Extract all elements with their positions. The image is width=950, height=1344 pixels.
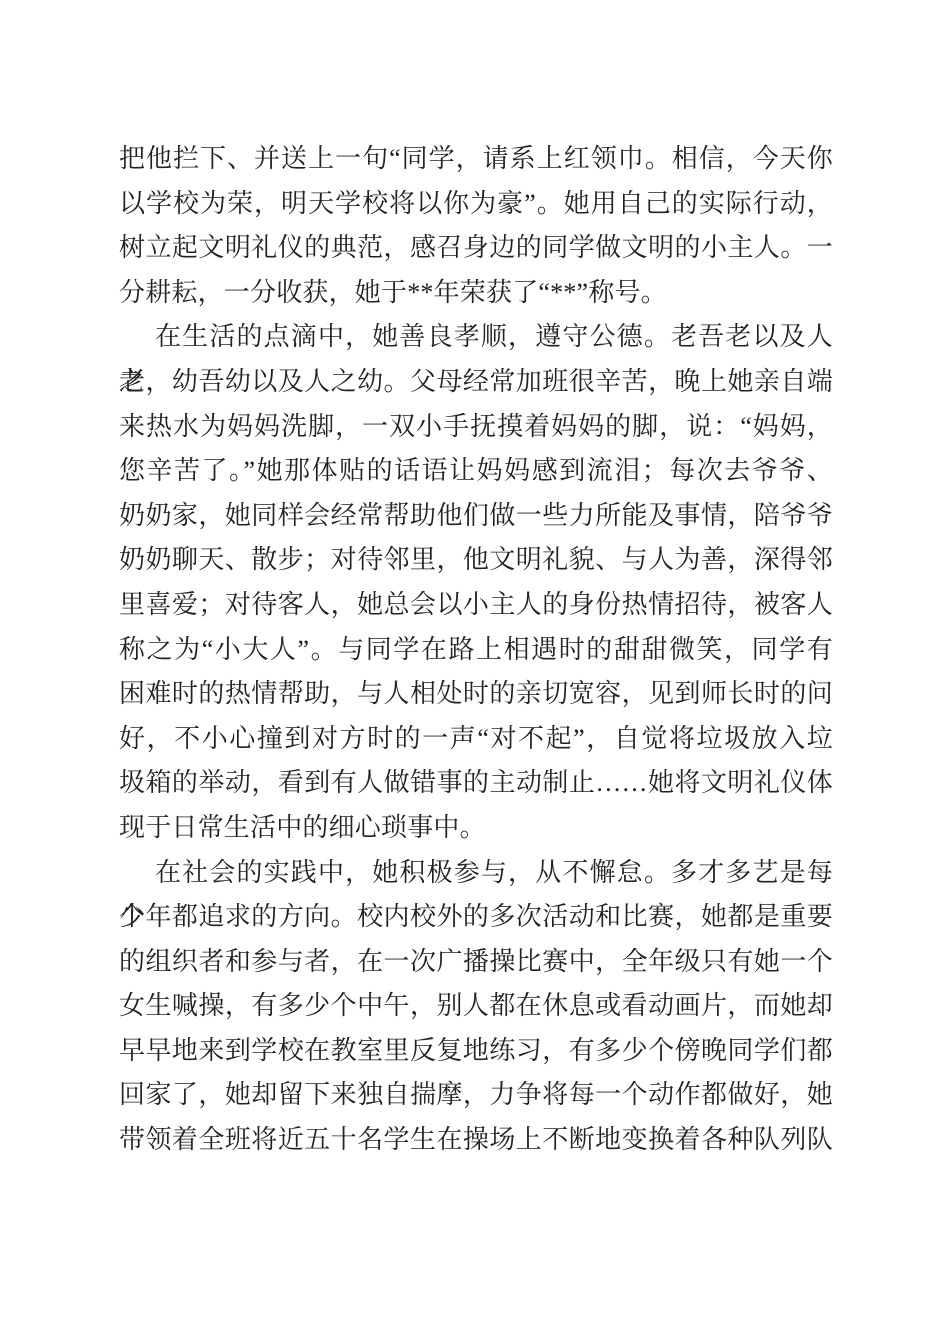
document-page: { "page": { "background_color": "#ffffff… bbox=[0, 0, 950, 1344]
text-line: 分耕耘，一分收获，她于**年荣获了“**”称号。 bbox=[119, 271, 833, 316]
text-line: 早早地来到学校在教室里反复地练习，有多少个傍晚同学们都 bbox=[119, 1029, 833, 1074]
text-line: 回家了，她却留下来独自揣摩，力争将每一个动作都做好，她 bbox=[119, 1073, 833, 1118]
paragraph-1: 把他拦下、并送上一句“同学，请系上红领巾。相信，今天你 以学校为荣，明天学校将以… bbox=[119, 137, 833, 315]
text-line: 在生活的点滴中，她善良孝顺，遵守公德。老吾老以及人之 bbox=[119, 315, 833, 360]
text-line: 来热水为妈妈洗脚，一双小手抚摸着妈妈的脚，说：“妈妈， bbox=[119, 405, 833, 450]
text-line: 好，不小心撞到对方时的一声“对不起”，自觉将垃圾放入垃 bbox=[119, 717, 833, 762]
text-line: 圾箱的举动，看到有人做错事的主动制止……她将文明礼仪体 bbox=[119, 761, 833, 806]
text-line: 树立起文明礼仪的典范，感召身边的同学做文明的小主人。一 bbox=[119, 226, 833, 271]
text-line: 在社会的实践中，她积极参与，从不懈怠。多才多艺是每个 bbox=[119, 851, 833, 896]
text-line: 的组织者和参与者，在一次广播操比赛中，全年级只有她一个 bbox=[119, 940, 833, 985]
paragraph-2: 在生活的点滴中，她善良孝顺，遵守公德。老吾老以及人之 老，幼吾幼以及人之幼。父母… bbox=[119, 315, 833, 850]
text-line: 老，幼吾幼以及人之幼。父母经常加班很辛苦，晚上她亲自端 bbox=[119, 360, 833, 405]
text-line: 女生喊操，有多少个中午，别人都在休息或看动画片，而她却 bbox=[119, 984, 833, 1029]
text-line: 带领着全班将近五十名学生在操场上不断地变换着各种队列队 bbox=[119, 1118, 833, 1163]
text-line: 里喜爱；对待客人，她总会以小主人的身份热情招待，被客人 bbox=[119, 583, 833, 628]
text-line: 您辛苦了。”她那体贴的话语让妈妈感到流泪；每次去爷爷、 bbox=[119, 449, 833, 494]
text-line: 以学校为荣，明天学校将以你为豪”。她用自己的实际行动， bbox=[119, 182, 833, 227]
text-line: 把他拦下、并送上一句“同学，请系上红领巾。相信，今天你 bbox=[119, 137, 833, 182]
text-line: 少年都追求的方向。校内校外的多次活动和比赛，她都是重要 bbox=[119, 895, 833, 940]
text-line: 奶奶家，她同样会经常帮助他们做一些力所能及事情，陪爷爷 bbox=[119, 494, 833, 539]
paragraph-3: 在社会的实践中，她积极参与，从不懈怠。多才多艺是每个 少年都追求的方向。校内校外… bbox=[119, 851, 833, 1163]
text-line: 现于日常生活中的细心琐事中。 bbox=[119, 806, 833, 851]
text-line: 困难时的热情帮助，与人相处时的亲切宽容，见到师长时的问 bbox=[119, 672, 833, 717]
text-line: 奶奶聊天、散步；对待邻里，他文明礼貌、与人为善，深得邻 bbox=[119, 538, 833, 583]
text-block: 把他拦下、并送上一句“同学，请系上红领巾。相信，今天你 以学校为荣，明天学校将以… bbox=[119, 137, 833, 1163]
text-line: 称之为“小大人”。与同学在路上相遇时的甜甜微笑，同学有 bbox=[119, 628, 833, 673]
